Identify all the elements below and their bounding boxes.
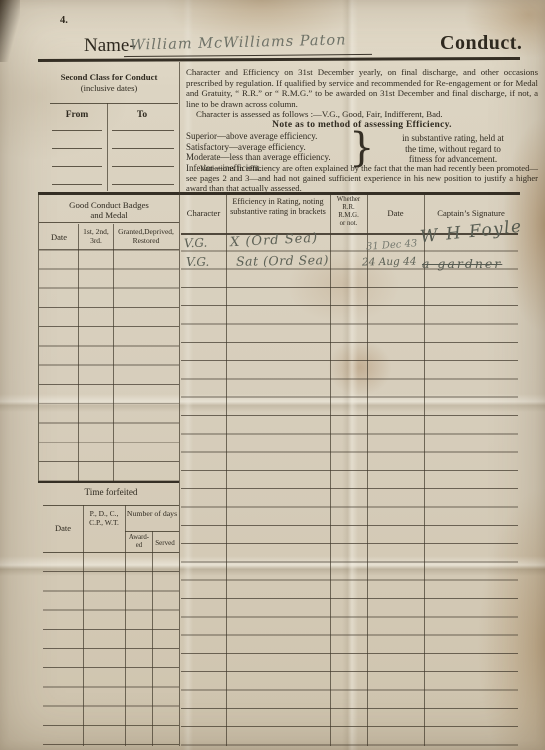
good-conduct-empty-rows bbox=[39, 231, 179, 483]
efficiency-level: Satisfactory—average efficiency. bbox=[186, 142, 306, 152]
good-conduct-title-line1: Good Conduct Badges bbox=[39, 200, 179, 210]
good-conduct-title-line2: and Medal bbox=[39, 210, 179, 220]
scanned-conduct-record-page: 4. Name- William McWilliams Paton Conduc… bbox=[0, 0, 545, 750]
entry2-date-handwriting: 24 Aug 44 bbox=[362, 256, 417, 269]
efficiency-column-header: Efficiency in Rating, noting substantive… bbox=[228, 197, 328, 216]
whether-column-header-line: or not. bbox=[330, 220, 367, 227]
entry-line bbox=[112, 184, 174, 185]
instructions-paragraph-2: Variations in efficiency are often expla… bbox=[186, 164, 538, 193]
efficiency-level: Superior—above average efficiency. bbox=[186, 131, 317, 141]
second-class-header-rule bbox=[50, 103, 178, 104]
entry-line bbox=[112, 130, 174, 131]
time-forfeited-empty-rows bbox=[43, 553, 179, 746]
character-assessed-line: Character is assessed as follows :—V.G.,… bbox=[196, 109, 538, 119]
photo-corner-shadow bbox=[0, 0, 20, 62]
entry2-captain-signature: a gardner bbox=[422, 256, 502, 271]
whether-column-header-line: R.R. bbox=[330, 204, 367, 211]
instructions-paragraph-1: Character and Efficiency on 31st Decembe… bbox=[186, 67, 538, 109]
entry2-efficiency-handwriting: Sat (Ord Sea) bbox=[236, 252, 329, 269]
good-conduct-title-rule bbox=[39, 222, 179, 223]
tf-column-line bbox=[125, 505, 126, 746]
name-label: Name- bbox=[84, 35, 136, 57]
tf-date-header: Date bbox=[43, 523, 83, 533]
tf-column-line bbox=[83, 505, 84, 746]
second-class-subtitle: (inclusive dates) bbox=[40, 83, 178, 93]
entry-line bbox=[52, 130, 102, 131]
name-handwriting: William McWilliams Paton bbox=[130, 32, 347, 53]
main-table-empty-rows bbox=[181, 233, 518, 746]
entry-line bbox=[112, 166, 174, 167]
tf-column-line bbox=[152, 531, 153, 746]
page-number: 4. bbox=[60, 15, 68, 26]
entry-line bbox=[112, 148, 174, 149]
signature-column-header: Captain’s Signature bbox=[424, 208, 518, 218]
second-class-divider bbox=[107, 103, 108, 191]
brace-note-line: the time, without regard to bbox=[372, 144, 534, 154]
efficiency-level: Moderate—less than average efficiency. bbox=[186, 152, 331, 162]
whether-column-header-line: R.M.G. bbox=[330, 212, 367, 219]
second-class-title: Second Class for Conduct bbox=[40, 72, 178, 82]
from-column-header: From bbox=[50, 110, 104, 120]
whether-column-header-line: Whether bbox=[330, 196, 367, 203]
page-title: Conduct. bbox=[440, 32, 522, 55]
time-forfeited-title: Time forfeited bbox=[43, 487, 179, 497]
tf-codes-header: P., D., C., C.P., W.T. bbox=[85, 509, 123, 527]
time-forfeited-top-rule bbox=[43, 505, 179, 506]
good-conduct-bottom-rule bbox=[38, 481, 179, 483]
entry-line bbox=[52, 148, 102, 149]
date-column-header: Date bbox=[367, 208, 424, 218]
brace-note-line: in substantive rating, held at bbox=[372, 133, 534, 143]
tf-awarded-header: Award-ed bbox=[126, 534, 152, 550]
tf-days-header: Number of days bbox=[126, 509, 178, 518]
entry-line bbox=[52, 184, 102, 185]
table-top-rule bbox=[38, 192, 520, 195]
header-rule bbox=[38, 57, 520, 62]
entry-line bbox=[52, 166, 102, 167]
entry2-character-handwriting: V.G. bbox=[186, 255, 209, 269]
entry1-character-handwriting: V.G. bbox=[184, 236, 208, 251]
character-column-header: Character bbox=[181, 208, 226, 218]
column-line bbox=[179, 62, 180, 746]
to-column-header: To bbox=[110, 110, 174, 120]
tf-header-bottom-rule bbox=[43, 552, 179, 553]
tf-served-header: Served bbox=[152, 539, 178, 547]
